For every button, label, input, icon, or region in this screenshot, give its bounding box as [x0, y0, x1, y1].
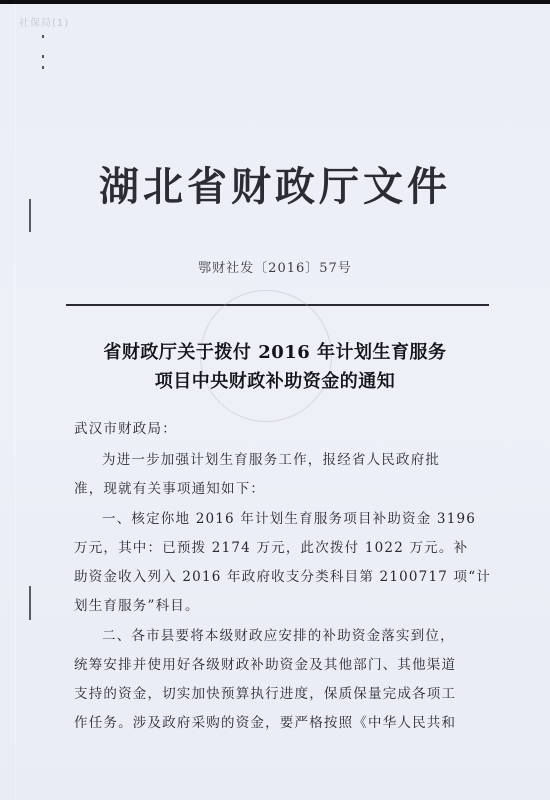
document-header-title: 湖北省财政厅文件	[0, 155, 550, 212]
staple-hole-icon	[42, 66, 44, 69]
salutation: 武汉市财政局：	[74, 415, 177, 444]
body-line: 助资金收入列入 2016 年政府收支分类科目第 2100717 项“计	[74, 563, 491, 592]
body-line: 统筹安排并使用好各级财政补助资金及其他部门、其他渠道	[74, 651, 456, 680]
scan-fold-line	[15, 4, 16, 800]
document-body: 武汉市财政局： 为进一步加强计划生育服务工作，报经省人民政府批 准，现就有关事项…	[88, 415, 480, 715]
body-line: 一、核定你地 2016 年计划生育服务项目补助资金 3196	[102, 505, 476, 534]
staple-hole-icon	[42, 55, 44, 58]
body-line: 万元，其中：已预拨 2174 万元，此次拨付 1022 万元。补	[74, 534, 468, 563]
body-line: 二、各市县要将本级财政应安排的补助资金落实到位，	[102, 622, 455, 651]
body-line: 为进一步加强计划生育服务工作，报经省人民政府批	[102, 446, 440, 475]
binding-mark	[29, 586, 31, 620]
body-line: 作任务。涉及政府采购的资金，要严格按照《中华人民共和	[74, 709, 456, 738]
subject-line-1: 省财政厅关于拨付 2016 年计划生育服务	[0, 338, 550, 364]
body-line: 支持的资金，切实加快预算执行进度，保质保量完成各项工	[74, 680, 456, 709]
staple-hole-icon	[42, 35, 44, 38]
document-number: 鄂财社发〔2016〕57号	[0, 257, 550, 276]
scan-top-edge	[0, 0, 550, 4]
document-page: 社保局(1) 湖北省财政厅文件 鄂财社发〔2016〕57号 省财政厅关于拨付 2…	[0, 0, 550, 800]
subject-line-2: 项目中央财政补助资金的通知	[0, 367, 550, 393]
handwritten-note: 社保局(1)	[19, 14, 69, 29]
body-line: 准，现就有关事项通知如下：	[74, 475, 265, 504]
body-line: 划生育服务”科目。	[74, 592, 200, 621]
